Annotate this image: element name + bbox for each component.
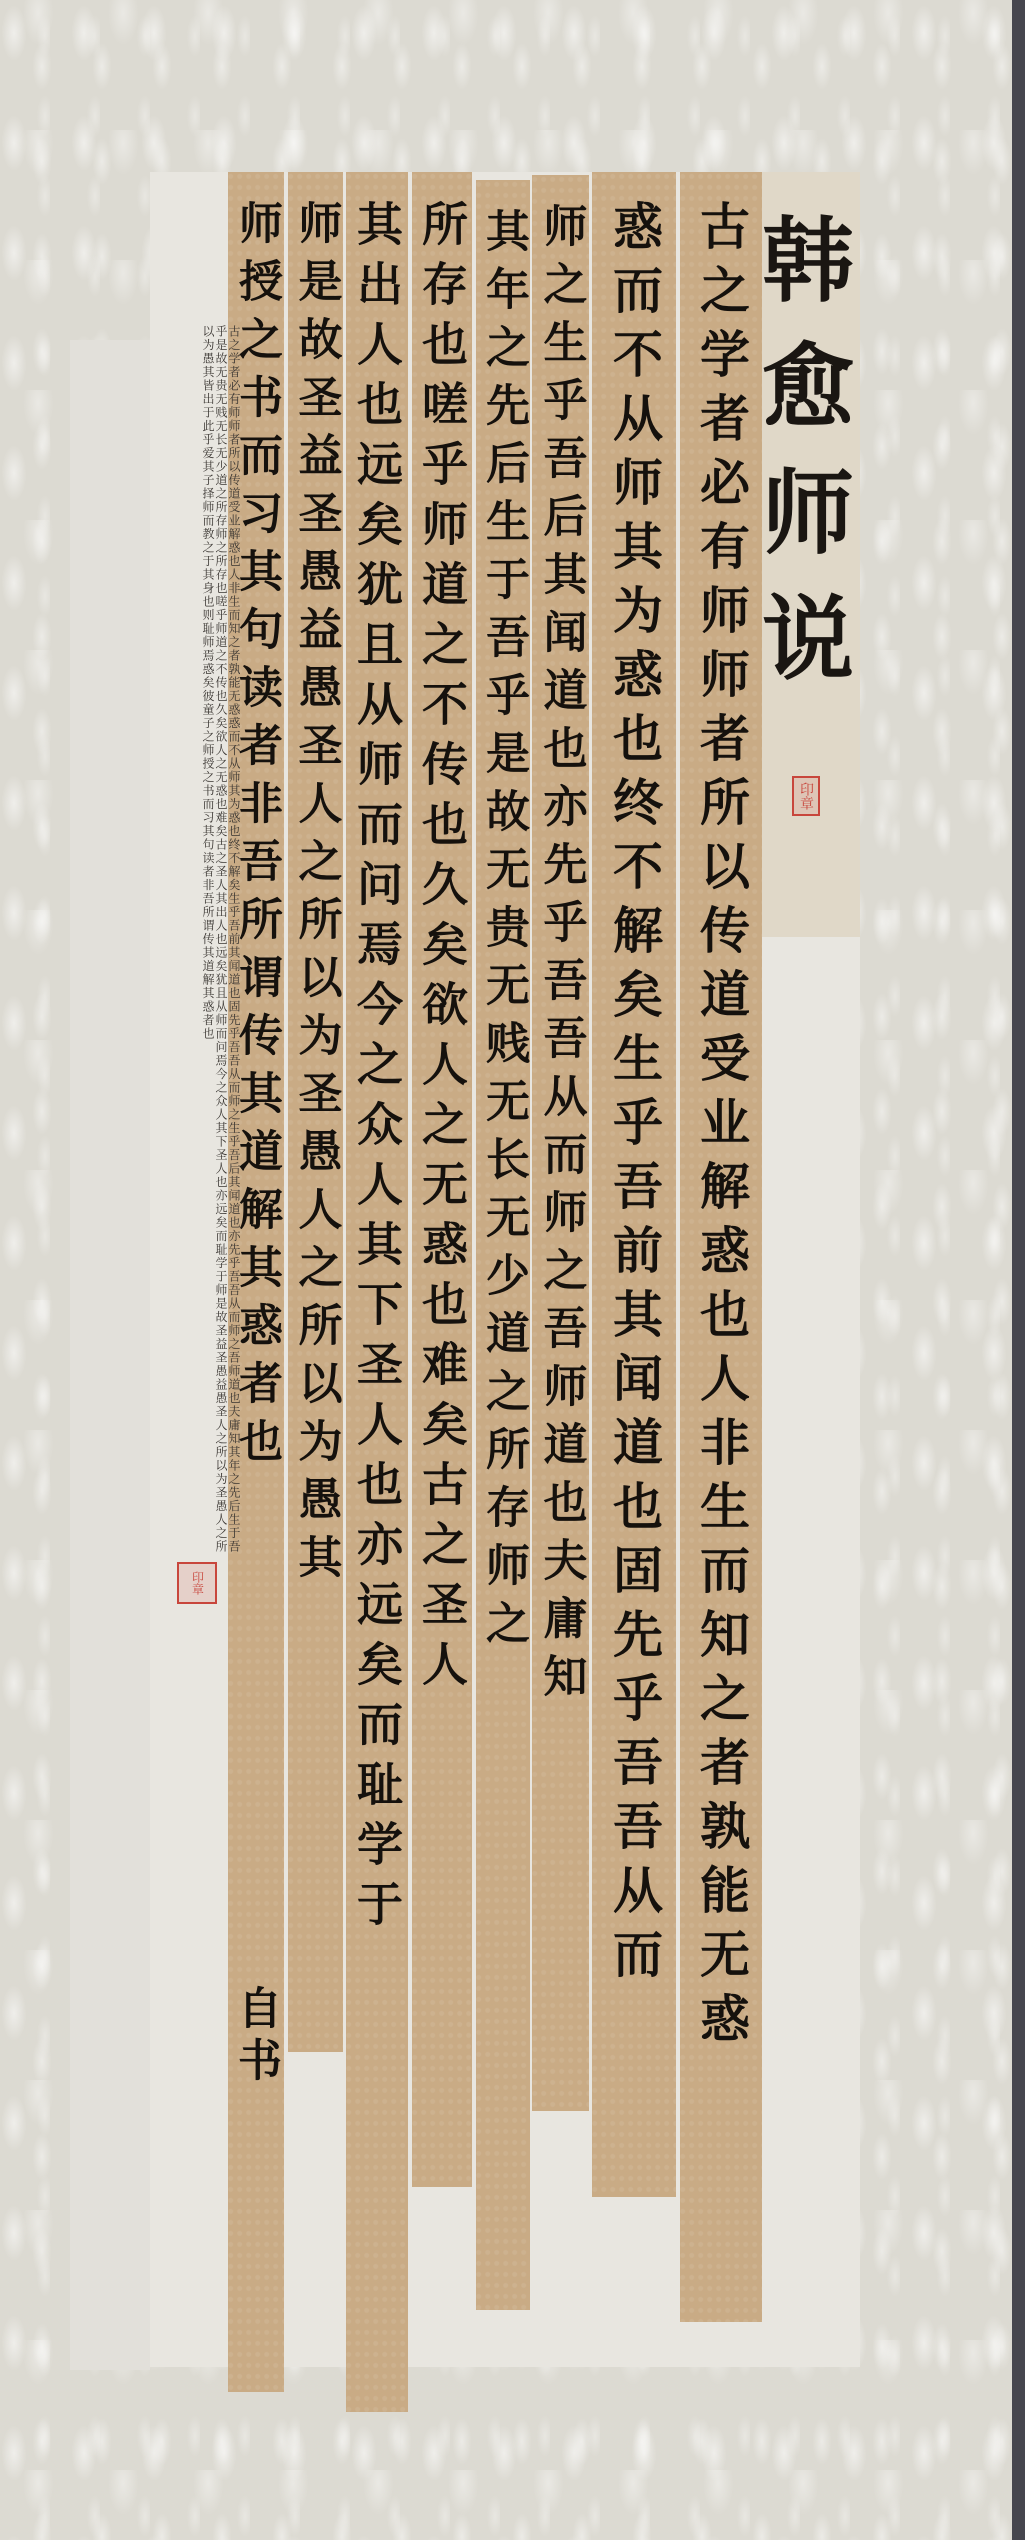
calligraphy-strip-7: 师是故圣益圣愚益愚圣人之所以为圣愚人之所以为愚其 [288,172,343,2052]
calligraphy-strip-4: 其年之先后生于吾乎是故无贵无贱无长无少道之所存师之 [476,180,530,2310]
strip-text: 惑而不从师其为惑也终不解矣生乎吾前其闻道也固先乎吾吾从而 [604,200,664,1992]
wall-background [1012,0,1025,2540]
strip-text: 所存也嗟乎师道之不传也久矣欲人之无惑也难矣古之圣人 [415,200,469,1700]
calligraphy-strip-2: 惑而不从师其为惑也终不解矣生乎吾前其闻道也固先乎吾吾从而 [592,172,676,2197]
title-seal-icon: 印章 [792,776,820,816]
strip-text: 其年之先后生于吾乎是故无贵无贱无长无少道之所存师之 [477,208,529,1658]
annotation-text: 古之学者必有师师者所以传道受业解惑也人非生而知之者孰能无惑惑而不从师其为惑也终不… [150,325,240,1555]
strip-text: 其出人也远矣犹且从师而问焉今之众人其下圣人也亦远矣而耻学于 [350,200,404,1940]
calligraphy-strip-6: 其出人也远矣犹且从师而问焉今之众人其下圣人也亦远矣而耻学于 [346,172,408,2412]
artist-signature: 自书 [230,1985,280,2089]
strip-text: 古之学者必有师师者所以传道受业解惑也人非生而知之者孰能无惑 [691,200,751,2056]
calligraphy-strip-3: 师之生乎吾后其闻道也亦先乎吾吾从而师之吾师道也夫庸知 [532,175,589,2111]
strip-text: 师之生乎吾后其闻道也亦先乎吾吾从而师之吾师道也夫庸知 [535,203,587,1711]
annotation-seal-icon: 印章 [177,1562,217,1604]
calligraphy-strip-1: 古之学者必有师师者所以传道受业解惑也人非生而知之者孰能无惑 [680,172,762,2322]
calligraphy-strip-5: 所存也嗟乎师道之不传也久矣欲人之无惑也难矣古之圣人 [412,172,472,2187]
strip-text: 师是故圣益圣愚益愚圣人之所以为圣愚人之所以为愚其 [290,200,342,1592]
paper-left-band [70,340,150,2370]
